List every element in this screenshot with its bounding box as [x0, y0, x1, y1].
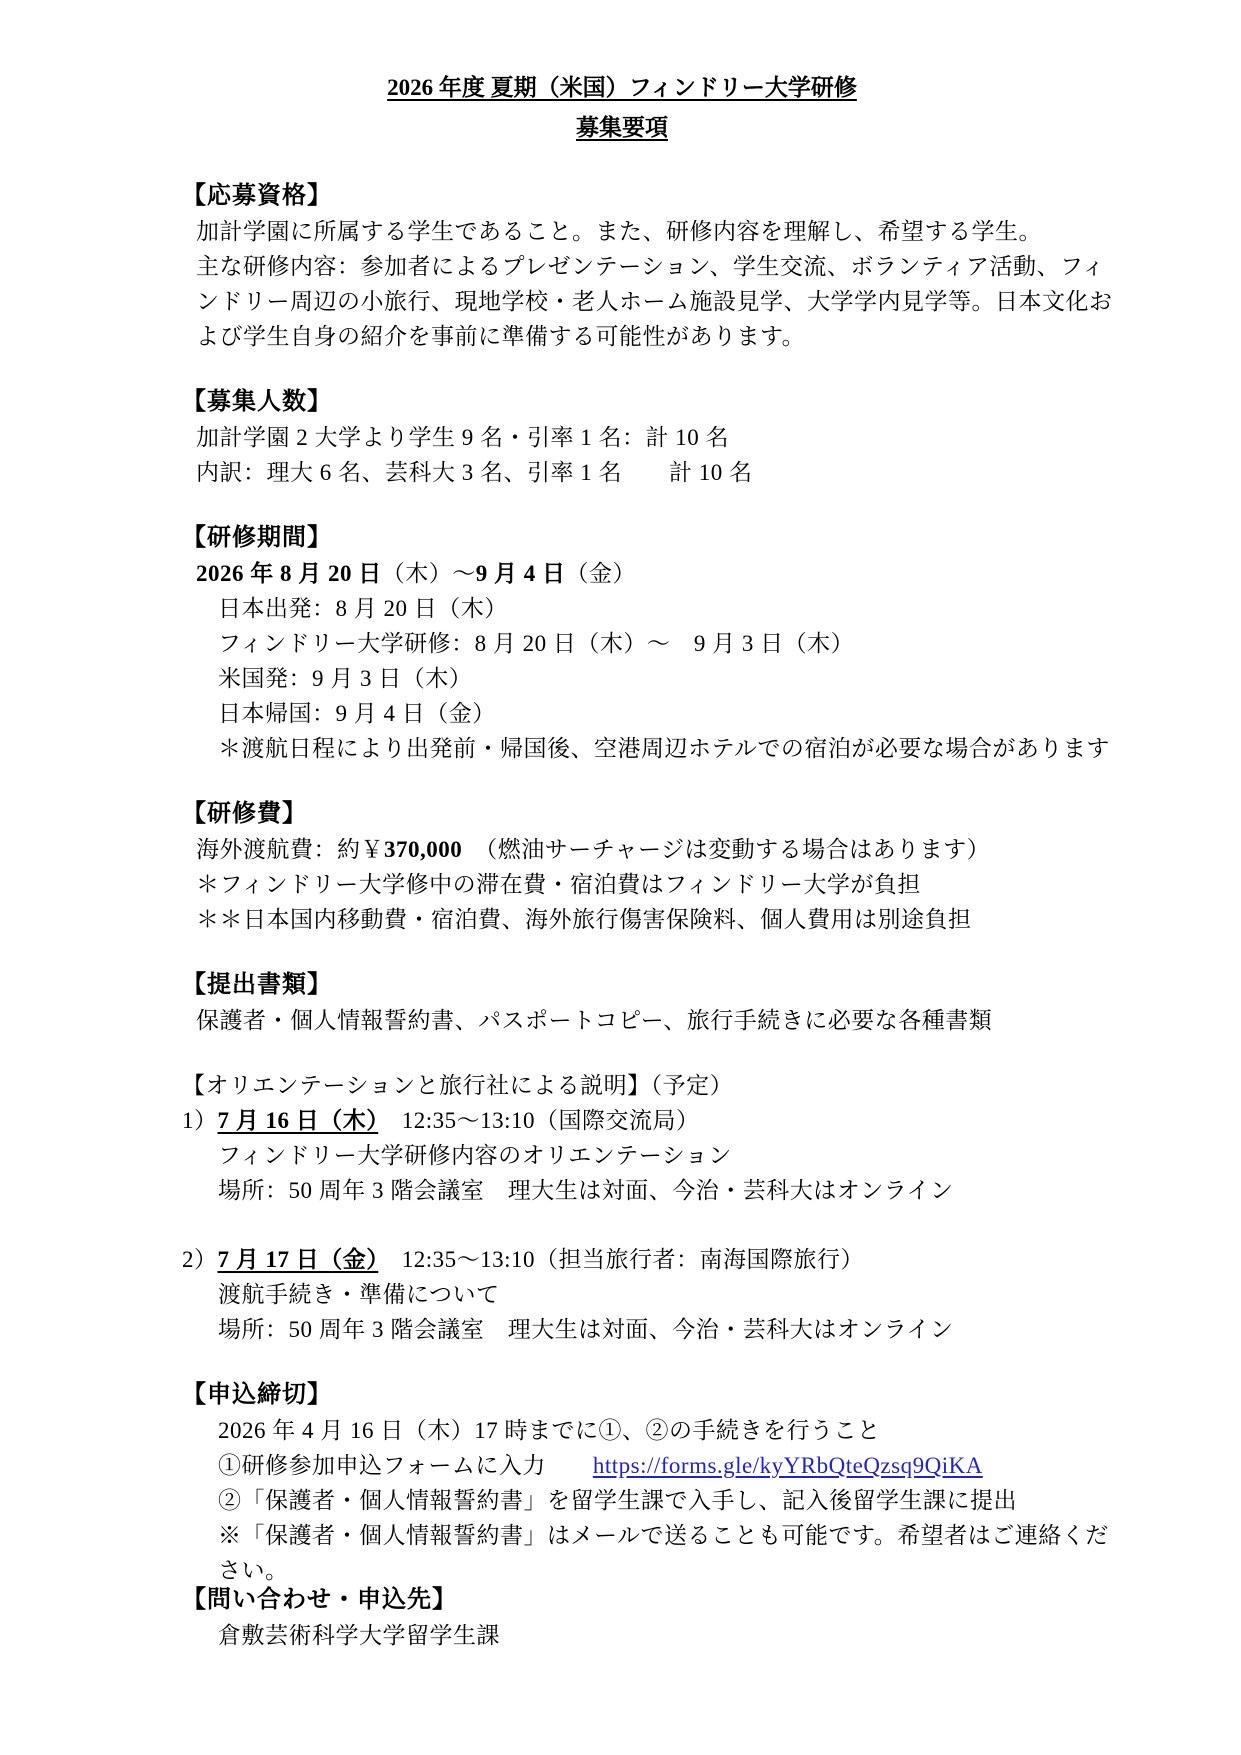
- deadline-step-2-line: ②「保護者・個人情報誓約書」を留学生課で入手し、記入後留学生課に提出: [182, 1483, 1201, 1518]
- orientation-item-2-head: 2）7 月 17 日（金） 12:35～13:10（担当旅行者：南海国際旅行）: [182, 1242, 1201, 1277]
- fee-cost-prefix: 海外渡航費：約￥: [196, 837, 384, 862]
- section-capacity: 【募集人数】 加計学園 2 大学より学生 9 名・引率 1 名：計 10 名 内…: [182, 384, 1201, 490]
- section-heading-fee: 【研修費】: [182, 796, 1201, 832]
- section-heading-eligibility: 【応募資格】: [182, 178, 1201, 214]
- item-number: 1）: [182, 1108, 218, 1133]
- text-line: 主な研修内容：参加者によるプレゼンテーション、学生交流、ボランティア活動、フィ: [182, 249, 1201, 284]
- section-heading-contact: 【問い合わせ・申込先】: [182, 1582, 1201, 1618]
- fee-cost-line: 海外渡航費：約￥370,000 （燃油サーチャージは変動する場合はあります）: [182, 832, 1201, 867]
- deadline-note-line: ※「保護者・個人情報誓約書」はメールで送ることも可能です。希望者はご連絡くだ: [182, 1518, 1201, 1553]
- section-period: 【研修期間】 2026 年 8 月 20 日（木）～9 月 4 日（金） 日本出…: [182, 520, 1201, 766]
- section-heading-deadline: 【申込締切】: [182, 1377, 1201, 1413]
- deadline-step-1-line: ①研修参加申込フォームに入力 https://forms.gle/kyYRbQt…: [182, 1448, 1201, 1483]
- title-text-2: 募集要項: [576, 115, 668, 140]
- period-start-date: 2026 年 8 月 20 日: [196, 561, 382, 586]
- text-line: 保護者・個人情報誓約書、パスポートコピー、旅行手続きに必要な各種書類: [182, 1003, 1201, 1038]
- text-line: ンドリー周辺の小旅行、現地学校・老人ホーム施設見学、大学学内見学等。日本文化お: [182, 284, 1201, 319]
- orientation-item-2: 2）7 月 17 日（金） 12:35～13:10（担当旅行者：南海国際旅行） …: [182, 1242, 1201, 1347]
- event-time: 12:35～13:10（担当旅行者：南海国際旅行）: [378, 1247, 864, 1272]
- section-heading-period: 【研修期間】: [182, 520, 1201, 556]
- text-line: 渡航手続き・準備について: [182, 1277, 1201, 1312]
- text-line: 場所：50 周年 3 階会議室 理大生は対面、今治・芸科大はオンライン: [182, 1312, 1201, 1347]
- section-orientation: 【オリエンテーションと旅行社による説明】（予定） 1）7 月 16 日（木） 1…: [182, 1068, 1201, 1347]
- period-end-weekday: （金）: [566, 561, 637, 586]
- section-documents: 【提出書類】 保護者・個人情報誓約書、パスポートコピー、旅行手続きに必要な各種書…: [182, 967, 1201, 1038]
- section-heading-orientation: 【オリエンテーションと旅行社による説明】（予定）: [182, 1068, 1201, 1103]
- period-end-date: 9 月 4 日: [476, 561, 566, 586]
- text-line: よび学生自身の紹介を事前に準備する可能性があります。: [182, 319, 1201, 354]
- event-date: 7 月 16 日（木）: [218, 1108, 379, 1133]
- contact-office-line: 倉敷芸術科学大学留学生課: [182, 1618, 1201, 1653]
- application-form-link[interactable]: https://forms.gle/kyYRbQteQzsq9QiKA: [593, 1453, 983, 1478]
- period-range-separator: （木）～: [382, 561, 476, 586]
- text-line: 米国発：9 月 3 日（木）: [182, 661, 1201, 696]
- fee-cost-suffix: （燃油サーチャージは変動する場合はあります）: [462, 837, 990, 862]
- document-page: 2026 年度 夏期（米国）フィンドリー大学研修 募集要項 【応募資格】 加計学…: [0, 0, 1241, 1755]
- section-deadline: 【申込締切】 2026 年 4 月 16 日（木）17 時までに①、②の手続きを…: [182, 1377, 1201, 1588]
- section-eligibility: 【応募資格】 加計学園に所属する学生であること。また、研修内容を理解し、希望する…: [182, 178, 1201, 354]
- text-line: フィンドリー大学研修内容のオリエンテーション: [182, 1138, 1201, 1173]
- deadline-step-1-text: ①研修参加申込フォームに入力: [218, 1453, 593, 1478]
- deadline-date-line: 2026 年 4 月 16 日（木）17 時までに①、②の手続きを行うこと: [182, 1413, 1201, 1448]
- section-heading-documents: 【提出書類】: [182, 967, 1201, 1003]
- title-line-2: 募集要項: [182, 108, 1062, 148]
- title-line-1: 2026 年度 夏期（米国）フィンドリー大学研修: [182, 68, 1062, 108]
- text-line: 内訳：理大 6 名、芸科大 3 名、引率 1 名 計 10 名: [182, 455, 1201, 490]
- text-line: 日本帰国：9 月 4 日（金）: [182, 696, 1201, 731]
- text-line: 日本出発：8 月 20 日（木）: [182, 591, 1201, 626]
- text-line: 加計学園に所属する学生であること。また、研修内容を理解し、希望する学生。: [182, 214, 1201, 249]
- orientation-item-1-head: 1）7 月 16 日（木） 12:35～13:10（国際交流局）: [182, 1103, 1201, 1138]
- title-text-1: 2026 年度 夏期（米国）フィンドリー大学研修: [387, 75, 857, 100]
- event-date: 7 月 17 日（金）: [218, 1247, 379, 1272]
- text-line: 場所：50 周年 3 階会議室 理大生は対面、今治・芸科大はオンライン: [182, 1173, 1201, 1208]
- period-note-line: ＊渡航日程により出発前・帰国後、空港周辺ホテルでの宿泊が必要な場合があります: [182, 731, 1201, 766]
- fee-note-line: ＊フィンドリー大学修中の滞在費・宿泊費はフィンドリー大学が負担: [182, 867, 1201, 902]
- section-fee: 【研修費】 海外渡航費：約￥370,000 （燃油サーチャージは変動する場合はあ…: [182, 796, 1201, 937]
- orientation-item-1: 1）7 月 16 日（木） 12:35～13:10（国際交流局） フィンドリー大…: [182, 1103, 1201, 1208]
- document-title: 2026 年度 夏期（米国）フィンドリー大学研修 募集要項: [182, 68, 1062, 148]
- text-line: フィンドリー大学研修：8 月 20 日（木）～ 9 月 3 日（木）: [182, 626, 1201, 661]
- fee-cost-amount: 370,000: [384, 837, 462, 862]
- section-heading-capacity: 【募集人数】: [182, 384, 1201, 420]
- fee-note-line: ＊＊日本国内移動費・宿泊費、海外旅行傷害保険料、個人費用は別途負担: [182, 902, 1201, 937]
- period-range-line: 2026 年 8 月 20 日（木）～9 月 4 日（金）: [182, 556, 1201, 591]
- event-time: 12:35～13:10（国際交流局）: [378, 1108, 699, 1133]
- text-line: 加計学園 2 大学より学生 9 名・引率 1 名：計 10 名: [182, 420, 1201, 455]
- item-number: 2）: [182, 1247, 218, 1272]
- section-contact: 【問い合わせ・申込先】 倉敷芸術科学大学留学生課: [182, 1582, 1201, 1653]
